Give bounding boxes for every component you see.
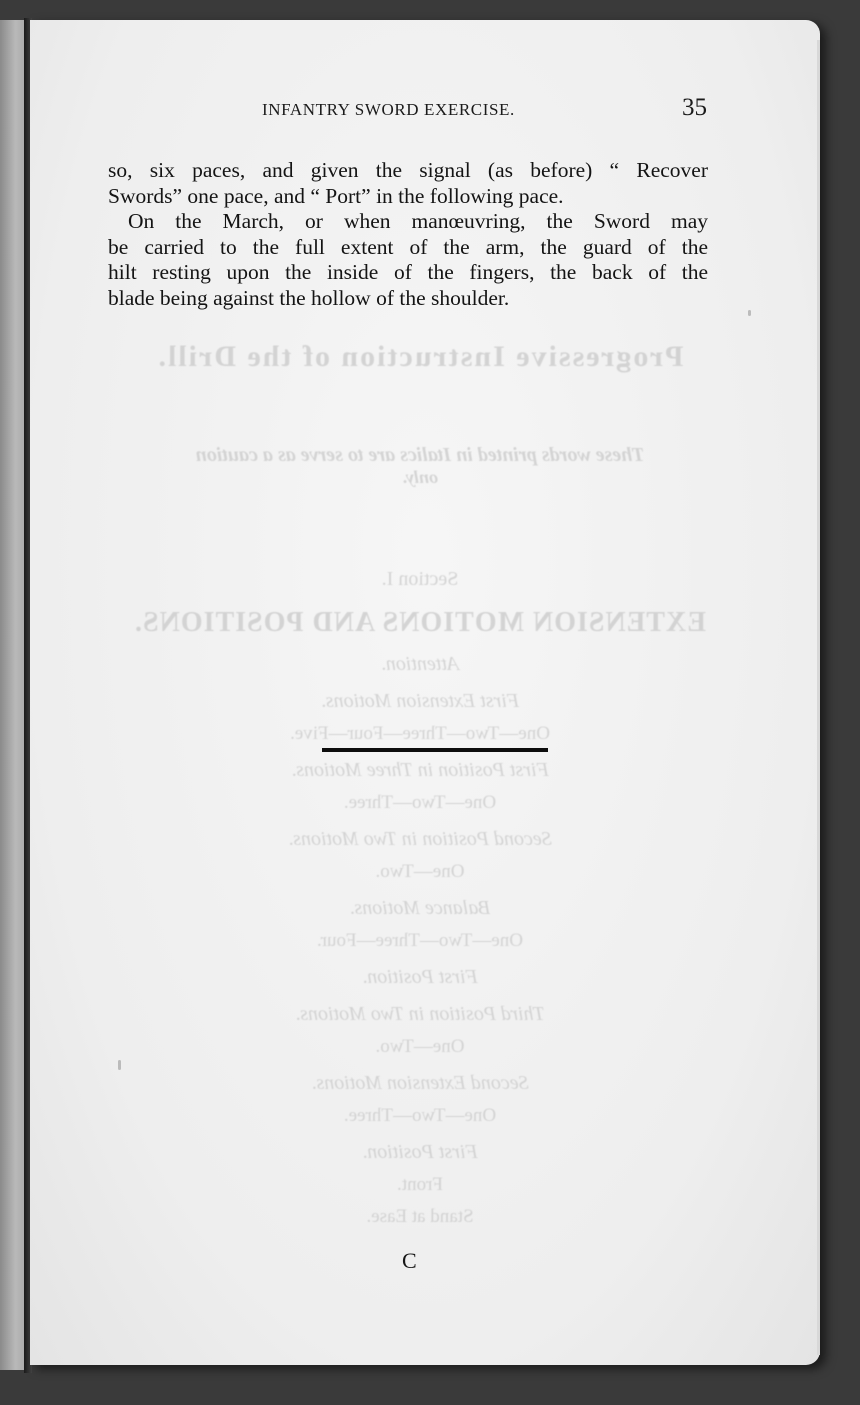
show-through-heading: EXTENSION MOTIONS AND POSITIONS. [100,607,740,639]
show-through-item: First Position. [100,966,740,989]
signature-mark: C [402,1248,417,1274]
show-through-item: Front. [100,1174,740,1196]
body-text: so, six paces, and given the signal (as … [108,158,708,312]
running-head: INFANTRY SWORD EXERCISE. [262,100,515,120]
show-through-item: Attention. [100,653,740,676]
page-edge [817,40,820,1355]
show-through-note: only. [100,467,740,488]
text-line: Swords” one pace, and “ Port” in the fol… [108,184,708,210]
section-rule [322,748,548,752]
paragraph: On the March, or when manœuvring, the Sw… [108,209,708,311]
show-through-item: One—Two—Three. [100,792,740,814]
paragraph: so, six paces, and given the signal (as … [108,158,708,209]
show-through-item: Balance Motions. [100,897,740,920]
show-through-item: Stand at Ease. [100,1206,740,1228]
text-line: On the March, or when manœuvring, the Sw… [108,209,708,235]
show-through-section: Section I. [100,568,740,591]
show-through-item: One—Two—Three—Four. [100,930,740,952]
show-through-item: First Extension Motions. [100,690,740,713]
show-through-item: Second Position in Two Motions. [100,828,740,851]
show-through-title: Progressive Instruction of the Drill. [100,340,740,374]
text-line: be carried to the full extent of the arm… [108,235,708,261]
text-line: so, six paces, and given the signal (as … [108,158,708,184]
show-through-item: One—Two—Three. [100,1105,740,1127]
show-through-item: One—Two. [100,861,740,883]
show-through-item: First Position in Three Motions. [100,759,740,782]
facing-page-edge [0,20,26,1370]
paper-speck [118,1060,121,1070]
text-line: hilt resting upon the inside of the fing… [108,260,708,286]
text-line: blade being against the hollow of the sh… [108,286,708,312]
book-page: Progressive Instruction of the Drill. Th… [30,20,820,1365]
show-through-text: Progressive Instruction of the Drill. Th… [100,320,740,1228]
show-through-item: Third Position in Two Motions. [100,1003,740,1026]
paper-speck [748,310,751,316]
show-through-item: Second Extension Motions. [100,1072,740,1095]
show-through-item: One—Two—Three—Four—Five. [100,723,740,745]
show-through-item: One—Two. [100,1036,740,1058]
show-through-item: First Position. [100,1141,740,1164]
show-through-items: Attention.First Extension Motions.One—Tw… [100,653,740,1228]
show-through-note: These words printed in Italics are to se… [100,444,740,467]
page-number: 35 [682,94,707,122]
